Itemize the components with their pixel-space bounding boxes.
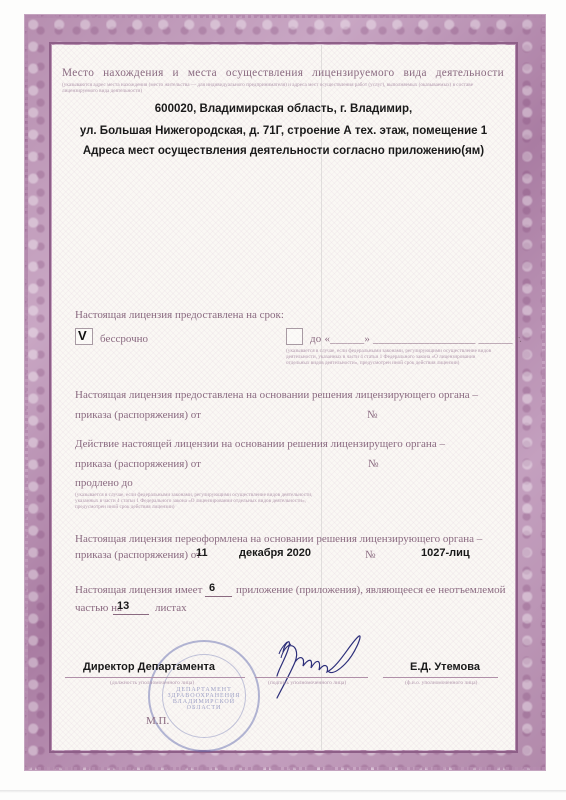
reissued-line-2: приказа (распоряжения) от <box>75 549 201 561</box>
position-caption: (должность уполномоченного лица) <box>110 680 194 686</box>
address-line-2: ул. Большая Нижегородская, д. 71Г, строе… <box>52 125 515 137</box>
until-note: (указывается в случае, если федеральными… <box>286 348 496 367</box>
watermark <box>150 160 450 300</box>
signature-line <box>255 677 368 678</box>
position-line <box>65 677 245 678</box>
extended-number-label: № <box>368 458 379 470</box>
term-label: Настоящая лицензия предоставлена на срок… <box>75 309 284 321</box>
granted-line-1: Настоящая лицензия предоставлена на осно… <box>75 389 478 401</box>
official-seal: ДЕПАРТАМЕНТ ЗДРАВООХРАНЕНИЯ ВЛАДИМИРСКОЙ… <box>148 640 260 752</box>
check-mark-icon: V <box>78 328 87 343</box>
extended-note: (указывается в случае, если федеральными… <box>75 492 315 511</box>
sheets-count: 13 <box>117 600 129 612</box>
reissued-day: 11 <box>196 547 208 559</box>
appendices-prefix: Настоящая лицензия имеет <box>75 584 202 596</box>
reissued-number: 1027-лиц <box>421 547 470 559</box>
signature-caption: (подпись уполномоченного лица) <box>268 680 346 686</box>
seal-text: ДЕПАРТАМЕНТ ЗДРАВООХРАНЕНИЯ ВЛАДИМИРСКОЙ… <box>150 687 258 711</box>
handwritten-signature <box>255 632 365 702</box>
name-caption: (ф.и.о. уполномоченного лица) <box>405 680 477 686</box>
sheets-prefix: частью на <box>75 602 122 614</box>
reissued-month-year: декабря 2020 <box>239 547 311 559</box>
checkbox-until[interactable] <box>286 328 303 345</box>
reissued-line-1: Настоящая лицензия переоформлена на осно… <box>75 533 482 545</box>
extended-line-1: Действие настоящей лицензии на основании… <box>75 438 445 450</box>
indefinite-label: бессрочно <box>100 333 148 345</box>
checkbox-indefinite[interactable]: V <box>75 328 93 345</box>
sheets-underline <box>113 614 149 615</box>
sheets-suffix: листах <box>155 602 187 614</box>
extended-until-label: продлено до <box>75 477 133 489</box>
until-label: до «______» __________________ ______ г. <box>310 333 522 345</box>
appendices-count: 6 <box>209 582 215 594</box>
sheet-shadow <box>0 790 566 793</box>
appendices-suffix: приложение (приложения), являющееся ее н… <box>236 584 506 596</box>
signatory-name: Е.Д. Утемова <box>410 661 480 673</box>
reissued-number-label: № <box>365 549 376 561</box>
extended-line-2: приказа (распоряжения) от <box>75 458 201 470</box>
granted-number-label: № <box>367 409 378 421</box>
seal-label: М.П. <box>146 715 169 727</box>
name-line <box>383 677 498 678</box>
signatory-position: Директор Департамента <box>83 661 215 673</box>
location-heading: Место нахождения и места осуществления л… <box>62 67 504 79</box>
granted-line-2: приказа (распоряжения) от <box>75 409 201 421</box>
address-line-1: 600020, Владимирская область, г. Владими… <box>52 103 515 115</box>
address-line-3: Адреса мест осуществления деятельности с… <box>52 145 515 157</box>
appendices-count-underline <box>205 596 232 597</box>
location-note: (указываются адрес места нахождения (мес… <box>62 82 504 94</box>
